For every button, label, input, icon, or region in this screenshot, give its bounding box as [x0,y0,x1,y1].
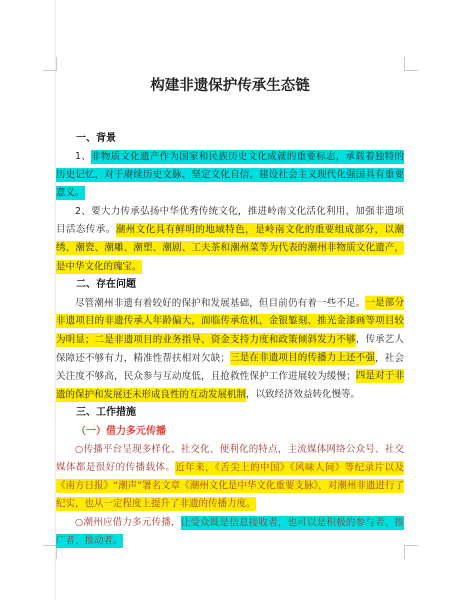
text-boundary-mark-top-left [43,57,57,71]
paragraph-background-2: 2、要大力传承弘扬中华优秀传统文化，推进岭南文化活化利用，加强非遗项目活态传承。… [56,203,404,276]
text-run: 三、工作措施 [76,407,136,418]
section-heading-background: 一、背景 [56,130,404,148]
paragraph-problems: 尽管潮州非遗有着较好的保护和发展基础，但目前仍有着一些不足。一是部分非遗项目的非… [56,295,404,405]
document-page: 构建非遗保护传承生态链 一、背景1、非物质文化遗产作为国家和民族历史文化成就的重… [0,0,460,600]
paragraph-measures-2: ○潮州应借力多元传播，让受众既是信息接收者，也可以是积极的参与者、推广者、推动者… [56,514,404,551]
paragraph-background-1: 1、非物质文化遗产作为国家和民族历史文化成就的重要标志，承载着独特的历史记忆，对… [56,148,404,203]
paragraph-measures-1: ○传播平台呈现多样化、社交化、便利化的特点，主流媒体网络公众号、社交媒体都是很好… [56,441,404,514]
text-run: 一、背景 [76,133,116,144]
text-run: 1、 [75,151,91,162]
text-run: （一）借力多元传播 [76,426,166,437]
highlight-cyan: 非物质文化遗产作为国家和民族历史文化成就的重要标志，承载着独特的历史记忆，对于赓… [56,150,404,201]
document-title: 构建非遗保护传承生态链 [56,76,404,96]
text-boundary-mark-bottom-left [43,545,57,559]
text-boundary-mark-bottom-right [404,545,418,559]
text-run: ○潮州应借力多元传播， [75,517,181,528]
document-body: 一、背景1、非物质文化遗产作为国家和民族历史文化成就的重要标志，承载着独特的历史… [56,130,404,551]
section-heading-problems: 二、存在问题 [56,276,404,294]
text-run: 尽管潮州非遗有着较好的保护和发展基础，但目前仍有着一些不足。 [75,298,365,309]
page-content: 构建非遗保护传承生态链 一、背景1、非物质文化遗产作为国家和民族历史文化成就的重… [56,70,404,551]
text-run: 二、存在问题 [76,279,136,290]
highlight-yellow: 三是在非遗项目的传播力上还不强 [230,351,375,365]
text-run: ，以致经济效益转化慢等。 [246,389,360,400]
text-boundary-mark-top-right [404,57,418,71]
section-heading-measures: 三、工作措施 [56,404,404,422]
subsection-heading-multichannel: （一）借力多元传播 [56,423,404,441]
